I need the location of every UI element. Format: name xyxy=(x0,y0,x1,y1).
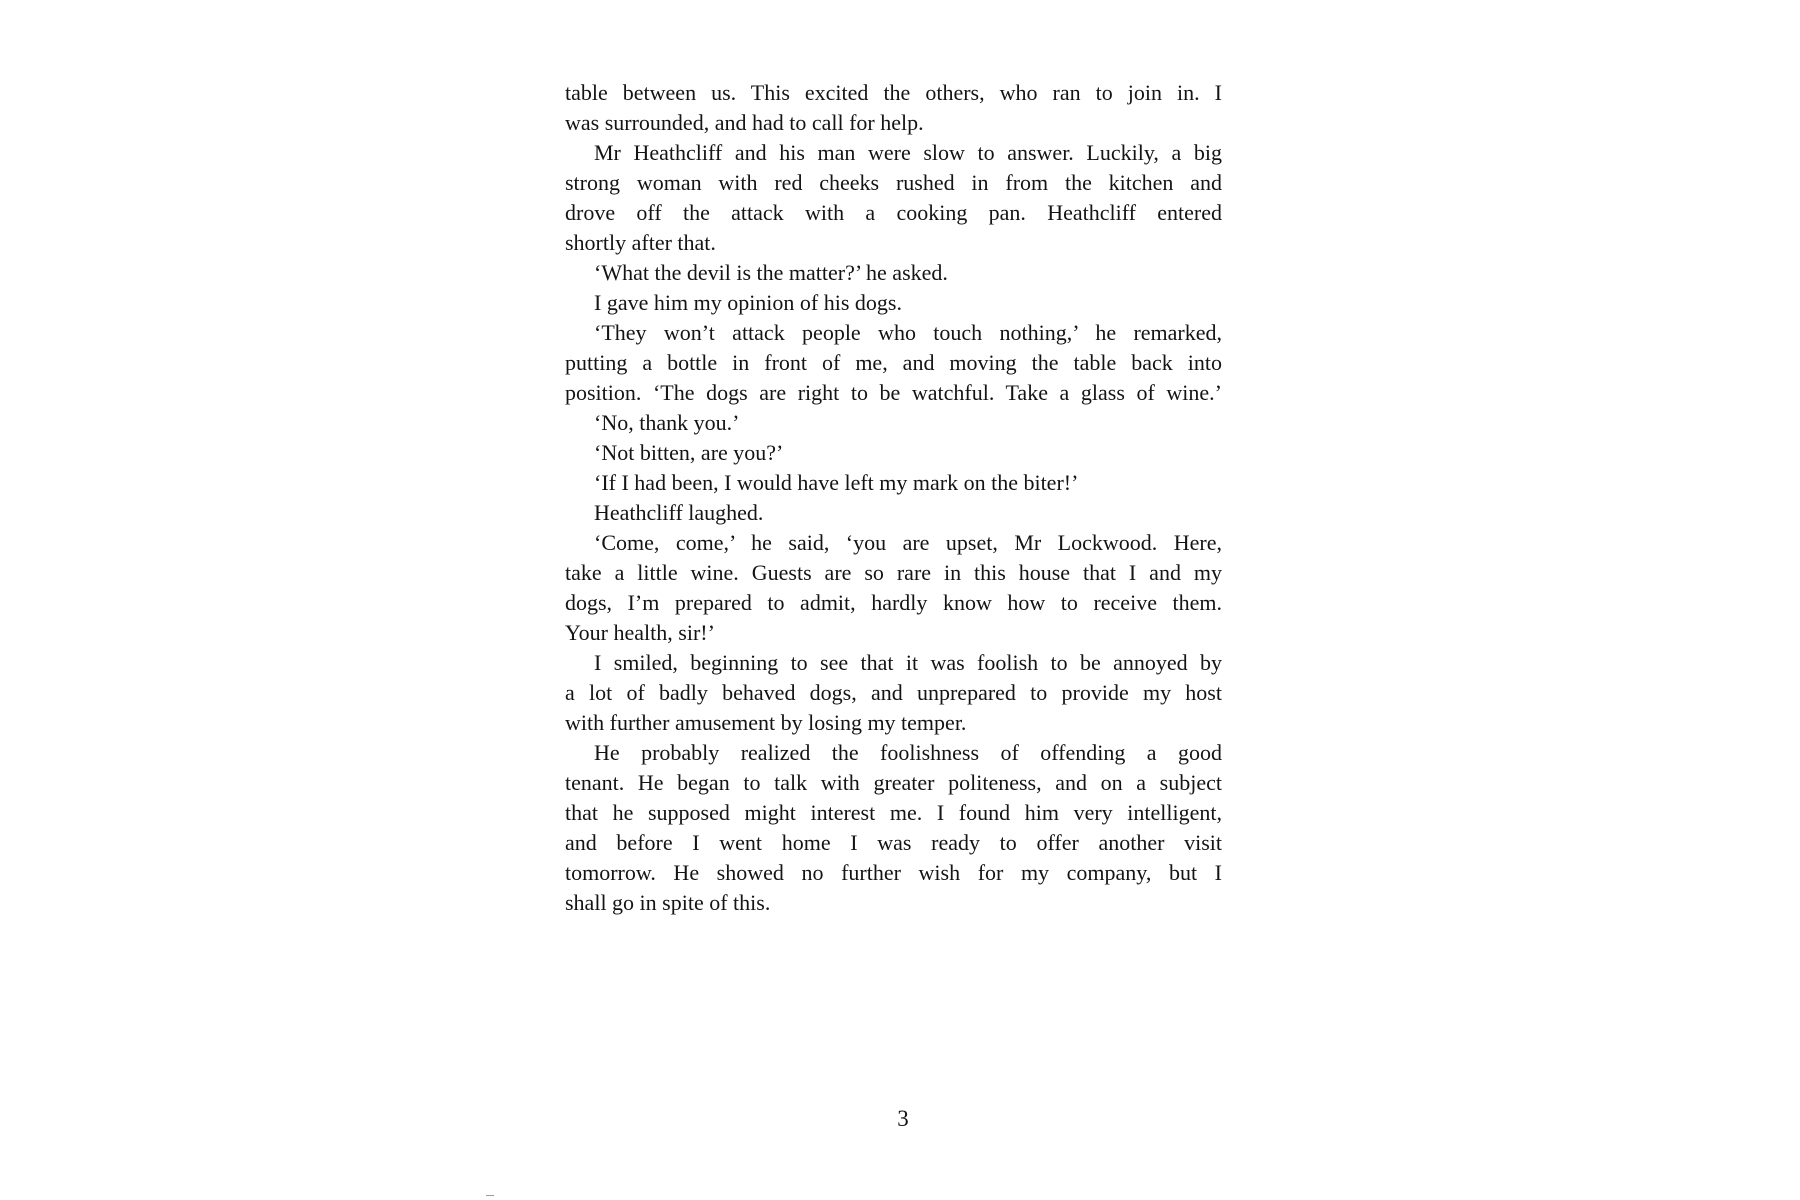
text-line: drove off the attack with a cooking pan.… xyxy=(565,198,1222,228)
text-line: dogs, I’m prepared to admit, hardly know… xyxy=(565,588,1222,618)
text-line: Heathcliff laughed. xyxy=(565,498,1222,528)
text-line: shall go in spite of this. xyxy=(565,888,1222,918)
scan-artifact-mark xyxy=(486,1195,494,1196)
text-line: take a little wine. Guests are so rare i… xyxy=(565,558,1222,588)
text-line: I smiled, beginning to see that it was f… xyxy=(565,648,1222,678)
text-line: and before I went home I was ready to of… xyxy=(565,828,1222,858)
text-line: ‘No, thank you.’ xyxy=(565,408,1222,438)
text-line: He probably realized the foolishness of … xyxy=(565,738,1222,768)
text-line: tomorrow. He showed no further wish for … xyxy=(565,858,1222,888)
text-line: table between us. This excited the other… xyxy=(565,78,1222,108)
text-line: that he supposed might interest me. I fo… xyxy=(565,798,1222,828)
text-line: Your health, sir!’ xyxy=(565,618,1222,648)
text-line: Mr Heathcliff and his man were slow to a… xyxy=(565,138,1222,168)
book-page: table between us. This excited the other… xyxy=(0,0,1800,1200)
text-line: ‘They won’t attack people who touch noth… xyxy=(565,318,1222,348)
text-line: tenant. He began to talk with greater po… xyxy=(565,768,1222,798)
text-line: I gave him my opinion of his dogs. xyxy=(565,288,1222,318)
text-line: a lot of badly behaved dogs, and unprepa… xyxy=(565,678,1222,708)
text-line: ‘If I had been, I would have left my mar… xyxy=(565,468,1222,498)
text-line: was surrounded, and had to call for help… xyxy=(565,108,1222,138)
body-text: table between us. This excited the other… xyxy=(565,78,1222,918)
page-number: 3 xyxy=(893,1106,913,1132)
text-line: ‘Not bitten, are you?’ xyxy=(565,438,1222,468)
text-line: ‘What the devil is the matter?’ he asked… xyxy=(565,258,1222,288)
text-line: putting a bottle in front of me, and mov… xyxy=(565,348,1222,378)
text-line: ‘Come, come,’ he said, ‘you are upset, M… xyxy=(565,528,1222,558)
text-line: strong woman with red cheeks rushed in f… xyxy=(565,168,1222,198)
text-line: shortly after that. xyxy=(565,228,1222,258)
text-line: position. ‘The dogs are right to be watc… xyxy=(565,378,1222,408)
text-line: with further amusement by losing my temp… xyxy=(565,708,1222,738)
